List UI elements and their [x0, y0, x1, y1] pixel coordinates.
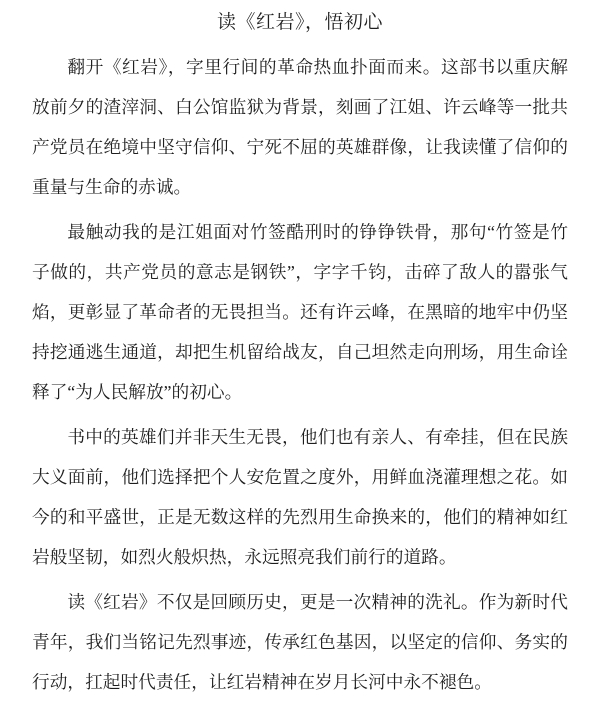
paragraph-1: 翻开《红岩》，字里行间的革命热血扑面而来。这部书以重庆解放前夕的渣滓洞、白公馆监…	[32, 47, 568, 207]
paragraph-3: 书中的英雄们并非天生无畏，他们也有亲人、有牵挂，但在民族大义面前，他们选择把个人…	[32, 417, 568, 577]
paragraph-4: 读《红岩》不仅是回顾历史，更是一次精神的洗礼。作为新时代青年，我们当铭记先烈事迹…	[32, 582, 568, 702]
document-title: 读《红岩》，悟初心	[32, 8, 568, 38]
document-page: 读《红岩》，悟初心 翻开《红岩》，字里行间的革命热血扑面而来。这部书以重庆解放前…	[0, 0, 600, 722]
paragraph-2: 最触动我的是江姐面对竹签酷刑时的铮铮铁骨，那句“竹签是竹子做的，共产党员的意志是…	[32, 212, 568, 412]
